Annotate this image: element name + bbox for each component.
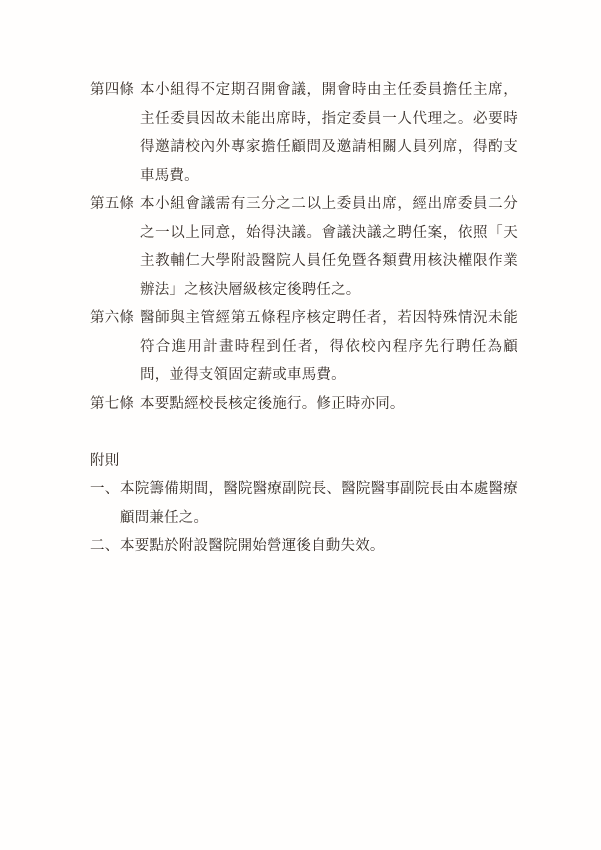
- article-6-number: 第六條: [90, 304, 140, 333]
- document-page: 第四條 本小組得不定期召開會議，開會時由主任委員擔任主席，主任委員因故未能出席時…: [0, 0, 601, 850]
- article-4-number: 第四條: [90, 76, 140, 105]
- appendix-heading: 附則: [90, 447, 518, 476]
- article-6-text: 醫師與主管經第五條程序核定聘任者，若因特殊情況未能符合進用計畫時程到任者，得依校…: [140, 304, 518, 390]
- article-7-text: 本要點經校長核定後施行。修正時亦同。: [140, 390, 518, 419]
- article-6: 第六條 醫師與主管經第五條程序核定聘任者，若因特殊情況未能符合進用計畫時程到任者…: [90, 304, 518, 390]
- appendix-item-2: 二、 本要點於附設醫院開始營運後自動失效。: [90, 532, 518, 561]
- appendix-item-1-text: 本院籌備期間，醫院醫療副院長、醫院醫事副院長由本處醫療顧問兼任之。: [120, 475, 518, 532]
- article-5-number: 第五條: [90, 190, 140, 219]
- article-7: 第七條 本要點經校長核定後施行。修正時亦同。: [90, 390, 518, 419]
- appendix-item-1: 一、 本院籌備期間，醫院醫療副院長、醫院醫事副院長由本處醫療顧問兼任之。: [90, 475, 518, 532]
- article-4-text: 本小組得不定期召開會議，開會時由主任委員擔任主席，主任委員因故未能出席時，指定委…: [140, 76, 518, 190]
- appendix-item-2-text: 本要點於附設醫院開始營運後自動失效。: [120, 532, 518, 561]
- article-5-text: 本小組會議需有三分之二以上委員出席，經出席委員二分之一以上同意，始得決議。會議決…: [140, 190, 518, 304]
- appendix-item-1-number: 一、: [90, 475, 120, 504]
- appendix-item-2-number: 二、: [90, 532, 120, 561]
- article-5: 第五條 本小組會議需有三分之二以上委員出席，經出席委員二分之一以上同意，始得決議…: [90, 190, 518, 304]
- article-4: 第四條 本小組得不定期召開會議，開會時由主任委員擔任主席，主任委員因故未能出席時…: [90, 76, 518, 190]
- article-7-number: 第七條: [90, 390, 140, 419]
